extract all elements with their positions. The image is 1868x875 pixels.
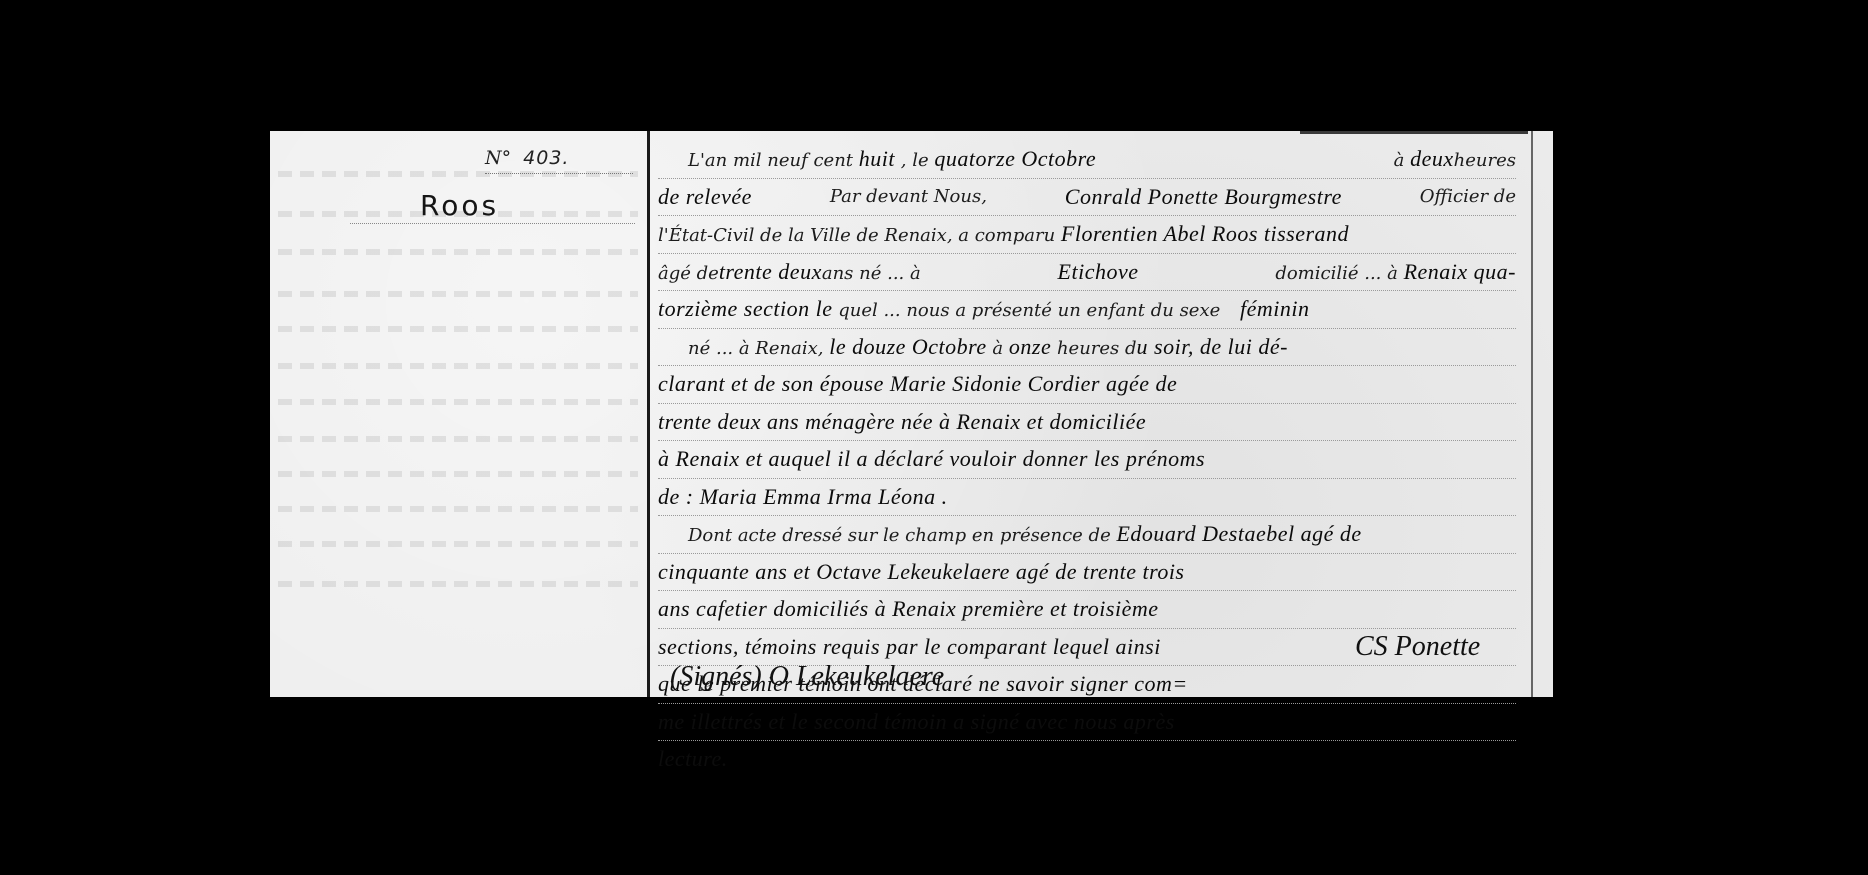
handwritten-birth-hour: onze [1009,334,1051,359]
handwritten-section: torzième section le [658,296,832,321]
handwritten-text: lecture. [658,746,728,771]
handwritten-official: Conrald Ponette Bourgmestre [1065,179,1342,216]
margin-column: N° 403. Roos [270,131,647,697]
handwritten-sex: féminin [1240,296,1310,321]
handwritten-date: quatorze Octobre [934,146,1096,171]
printed-text: quel ... nous a présenté un enfant du se… [838,300,1220,321]
acte-number: N° 403. [485,147,633,174]
handwritten-text: à Renaix et auquel il a déclaré vouloir … [658,446,1205,471]
printed-text: Officier de [1420,179,1516,216]
handwritten-witness-2: cinquante ans et Octave Lekeukelaere agé… [658,559,1185,584]
bleed-through-text [278,471,638,477]
handwritten-text: ans cafetier domiciliés à Renaix premièr… [658,596,1158,621]
printed-text: né ... à Renaix, [688,338,823,359]
handwritten-text: u soir, de lui dé- [1137,334,1288,359]
margin-surname: Roos [350,189,635,224]
handwritten-birth-date: le douze Octobre [829,334,986,359]
handwritten-hour: deux [1410,146,1454,171]
handwritten-child-names: de : Maria Emma Irma Léona . [658,484,948,509]
record-line: me illettrés et le second témoin a signé… [658,704,1516,742]
record-line: à Renaix et auquel il a déclaré vouloir … [658,441,1516,479]
printed-text: à [992,338,1003,359]
handwritten-mother: clarant et de son épouse Marie Sidonie C… [658,371,1177,396]
record-line: Dont acte dressé sur le champ en présenc… [658,516,1516,554]
printed-text: domicilié ... à [1275,263,1398,284]
bleed-through-text [278,291,638,297]
bleed-through-text [278,506,638,512]
civil-record-page: N° 403. Roos L'an mil neuf cent huit , l… [270,131,1553,697]
handwritten-text: trente deux ans ménagère née à Renaix et… [658,409,1146,434]
bleed-through-text [278,399,638,405]
printed-text: ans né ... à [822,263,921,284]
record-line: cinquante ans et Octave Lekeukelaere agé… [658,554,1516,592]
record-line: de relevée Par devant Nous, Conrald Pone… [658,179,1516,217]
top-rule [1300,131,1528,134]
record-line: l'État-Civil de la Ville de Renaix, a co… [658,216,1516,254]
printed-text: heures d [1057,338,1137,359]
bleed-through-text [278,436,638,442]
record-line: ans cafetier domiciliés à Renaix premièr… [658,591,1516,629]
handwritten-domicile: Renaix qua- [1404,259,1516,284]
handwritten-text: de relevée [658,179,752,216]
handwritten-text: sections, témoins requis par le comparan… [658,634,1161,659]
record-line: torzième section le quel ... nous a prés… [658,291,1516,329]
printed-text: Par devant Nous, [830,179,987,216]
handwritten-witness-1: Edouard Destaebel agé de [1116,521,1361,546]
acte-number-label: N° [485,147,511,169]
record-line: né ... à Renaix, le douze Octobre à onze… [658,329,1516,367]
right-border [1531,131,1533,697]
printed-text: Dont acte dressé sur le champ en présenc… [688,525,1111,546]
mayor-signature: CS Ponette [1355,631,1480,663]
printed-text: , le [901,150,929,171]
bleed-through-text [278,249,638,255]
bleed-through-text [278,581,638,587]
record-line: de : Maria Emma Irma Léona . [658,479,1516,517]
printed-text: heures [1454,150,1516,171]
acte-number-value: 403. [523,147,569,169]
handwritten-declarant: Florentien Abel Roos tisserand [1061,221,1349,246]
printed-text: âgé de [658,263,719,284]
record-line: L'an mil neuf cent huit , le quatorze Oc… [658,141,1516,179]
record-line: trente deux ans ménagère née à Renaix et… [658,404,1516,442]
bleed-through-text [278,541,638,547]
bleed-through-text [278,326,638,332]
printed-text: à [1394,150,1405,171]
handwritten-birthplace: Etichove [1058,254,1139,291]
record-line: lecture. [658,741,1516,778]
printed-text: l'État-Civil de la Ville de Renaix, a co… [658,225,1055,246]
record-line: clarant et de son épouse Marie Sidonie C… [658,366,1516,404]
handwritten-text: me illettrés et le second témoin a signé… [658,709,1175,734]
record-line: âgé detrente deuxans né ... à Etichove d… [658,254,1516,292]
bleed-through-text [278,363,638,369]
column-divider [647,131,650,697]
printed-text: L'an mil neuf cent [688,150,853,171]
witness-signature: (Signés) O Lekeukelaere [670,661,944,693]
surname-value: Roos [420,189,499,222]
handwritten-age: trente deux [719,259,822,284]
handwritten-year: huit [859,146,895,171]
